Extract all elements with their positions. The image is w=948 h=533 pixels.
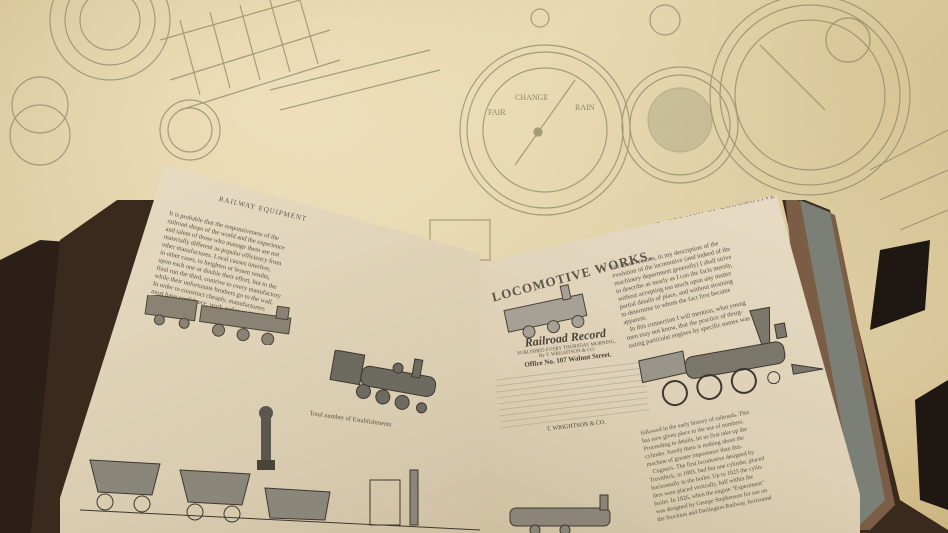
right-page-paragraph-2: followed in the early history of railroa… bbox=[640, 408, 773, 524]
barometer-label-change: CHANGE bbox=[515, 93, 548, 102]
steam-locomotive-illustration bbox=[325, 350, 455, 420]
coal-wagons-illustration bbox=[80, 450, 480, 533]
pocket-watch-drawing bbox=[710, 0, 910, 195]
barometer-drawing bbox=[460, 9, 630, 215]
railroad-record-ad: Railroad Record PUBLISHED EVERY THURSDAY… bbox=[490, 322, 651, 439]
railway-track-drawing bbox=[160, 0, 440, 110]
small-locomotive-illustration bbox=[505, 490, 635, 533]
gear-wheel-drawing bbox=[10, 0, 220, 165]
locomotive-with-tender-illustration bbox=[140, 295, 310, 345]
american-locomotive-illustration bbox=[630, 305, 830, 415]
barometer-label-rain: RAIN bbox=[575, 103, 595, 112]
barometer-label-fair: FAIR bbox=[488, 108, 506, 117]
